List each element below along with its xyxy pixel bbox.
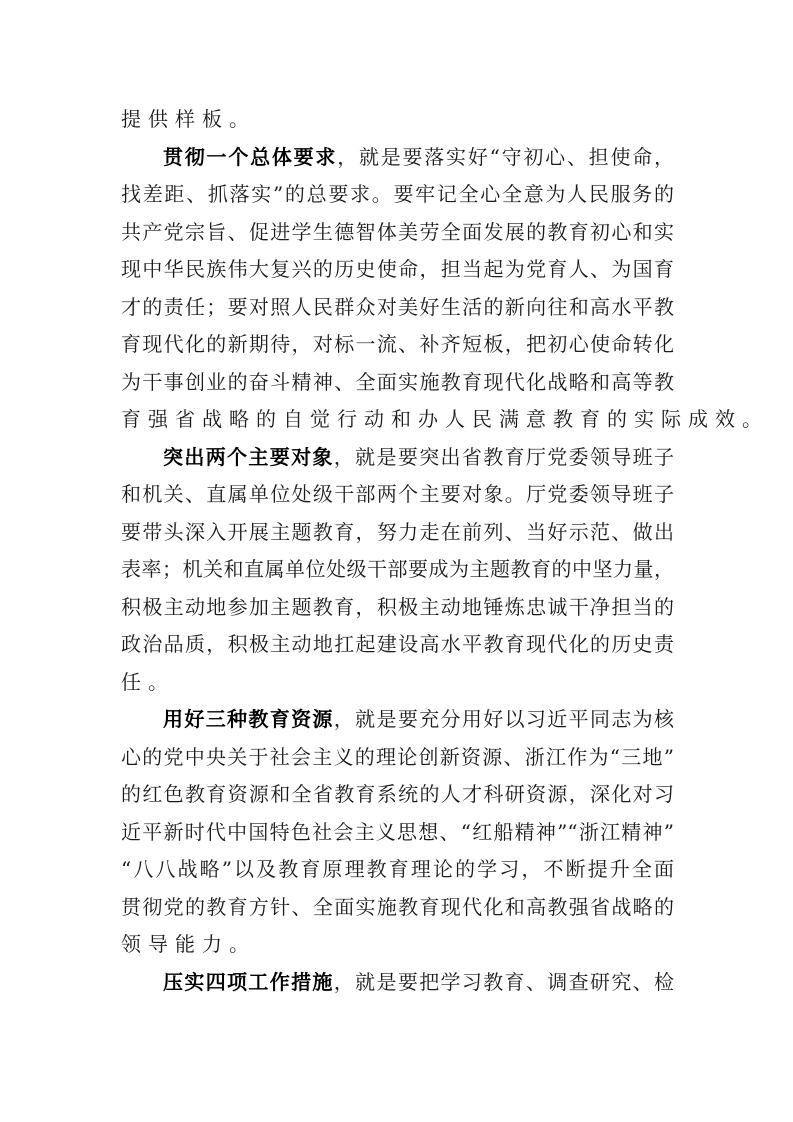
text-line: 领导能力。 xyxy=(121,926,674,964)
paragraph-text: 要带头深入开展主题教育，努力走在前列、当好示范、做出 xyxy=(121,520,674,544)
paragraph-text: 积极主动地参加主题教育，积极主动地锤炼忠诚干净担当的 xyxy=(121,595,674,619)
text-line: 要带头深入开展主题教育，努力走在前列、当好示范、做出 xyxy=(121,514,674,552)
paragraph-text: ，就是要把学习教育、调查研究、检 xyxy=(334,970,674,994)
paragraph-text: 为干事创业的奋斗精神、全面实施教育现代化战略和高等教 xyxy=(121,370,674,394)
paragraph-heading: 压实四项工作措施 xyxy=(163,970,334,994)
paragraph-text: 才的责任；要对照人民群众对美好生活的新向往和高水平教 xyxy=(121,295,674,319)
text-line: 贯彻党的教育方针、全面实施教育现代化和高教强省战略的 xyxy=(121,889,674,927)
text-line: 的红色教育资源和全省教育系统的人才科研资源，深化对习 xyxy=(121,776,674,814)
paragraph-text: 和机关、直属单位处级干部两个主要对象。厅党委领导班子 xyxy=(121,482,674,506)
text-line: 育强省战略的自觉行动和办人民满意教育的实际成效。 xyxy=(121,401,674,439)
text-line: 任。 xyxy=(121,664,674,702)
text-line: 现中华民族伟大复兴的历史使命，担当起为党育人、为国育 xyxy=(121,251,674,289)
paragraph-text: 贯彻党的教育方针、全面实施教育现代化和高教强省战略的 xyxy=(121,895,674,919)
document-body: 提供样板。 贯彻一个总体要求，就是要落实好“守初心、担使命， 找差距、抓落实”的… xyxy=(121,101,674,1001)
paragraph-text: “八八战略”以及教育原理教育理论的学习，不断提升全面 xyxy=(121,857,674,881)
text-line: 贯彻一个总体要求，就是要落实好“守初心、担使命， xyxy=(121,139,674,177)
paragraph-text: 育强省战略的自觉行动和办人民满意教育的实际成效。 xyxy=(121,407,769,431)
text-line: 表率；机关和直属单位处级干部要成为主题教育的中坚力量， xyxy=(121,551,674,589)
paragraph-text: 表率；机关和直属单位处级干部要成为主题教育的中坚力量， xyxy=(121,557,674,581)
paragraph-text: 领导能力。 xyxy=(121,932,256,956)
paragraph-text: 近平新时代中国特色社会主义思想、“红船精神”“浙江精神” xyxy=(121,820,674,844)
text-line: 心的党中央关于社会主义的理论创新资源、浙江作为“三地” xyxy=(121,739,674,777)
text-line: 共产党宗旨、促进学生德智体美劳全面发展的教育初心和实 xyxy=(121,214,674,252)
paragraph-heading: 突出两个主要对象 xyxy=(163,445,334,469)
text-line: 近平新时代中国特色社会主义思想、“红船精神”“浙江精神” xyxy=(121,814,674,852)
paragraph-text: 任。 xyxy=(121,670,175,694)
text-line: 提供样板。 xyxy=(121,101,674,139)
text-line: 才的责任；要对照人民群众对美好生活的新向往和高水平教 xyxy=(121,289,674,327)
paragraph-text: 提供样板。 xyxy=(121,107,256,131)
text-line: “八八战略”以及教育原理教育理论的学习，不断提升全面 xyxy=(121,851,674,889)
paragraph-text: 政治品质，积极主动地扛起建设高水平教育现代化的历史责 xyxy=(121,632,674,656)
paragraph-text: ，就是要突出省教育厅党委领导班子 xyxy=(334,445,674,469)
paragraph-text: 心的党中央关于社会主义的理论创新资源、浙江作为“三地” xyxy=(121,745,674,769)
paragraph-text: 共产党宗旨、促进学生德智体美劳全面发展的教育初心和实 xyxy=(121,220,674,244)
document-page: 提供样板。 贯彻一个总体要求，就是要落实好“守初心、担使命， 找差距、抓落实”的… xyxy=(0,0,793,1122)
text-line: 积极主动地参加主题教育，积极主动地锤炼忠诚干净担当的 xyxy=(121,589,674,627)
paragraph-text: ，就是要充分用好以习近平同志为核 xyxy=(334,707,674,731)
text-line: 为干事创业的奋斗精神、全面实施教育现代化战略和高等教 xyxy=(121,364,674,402)
paragraph-text: 的红色教育资源和全省教育系统的人才科研资源，深化对习 xyxy=(121,782,674,806)
text-line: 政治品质，积极主动地扛起建设高水平教育现代化的历史责 xyxy=(121,626,674,664)
text-line: 和机关、直属单位处级干部两个主要对象。厅党委领导班子 xyxy=(121,476,674,514)
text-line: 压实四项工作措施，就是要把学习教育、调查研究、检 xyxy=(121,964,674,1002)
text-line: 找差距、抓落实”的总要求。要牢记全心全意为人民服务的 xyxy=(121,176,674,214)
paragraph-heading: 用好三种教育资源 xyxy=(163,707,334,731)
paragraph-text: 现中华民族伟大复兴的历史使命，担当起为党育人、为国育 xyxy=(121,257,674,281)
paragraph-text: ，就是要落实好“守初心、担使命， xyxy=(337,145,674,169)
paragraph-text: 育现代化的新期待，对标一流、补齐短板，把初心使命转化 xyxy=(121,332,674,356)
text-line: 育现代化的新期待，对标一流、补齐短板，把初心使命转化 xyxy=(121,326,674,364)
paragraph-heading: 贯彻一个总体要求 xyxy=(163,145,337,169)
text-line: 突出两个主要对象，就是要突出省教育厅党委领导班子 xyxy=(121,439,674,477)
paragraph-text: 找差距、抓落实”的总要求。要牢记全心全意为人民服务的 xyxy=(121,182,674,206)
text-line: 用好三种教育资源，就是要充分用好以习近平同志为核 xyxy=(121,701,674,739)
